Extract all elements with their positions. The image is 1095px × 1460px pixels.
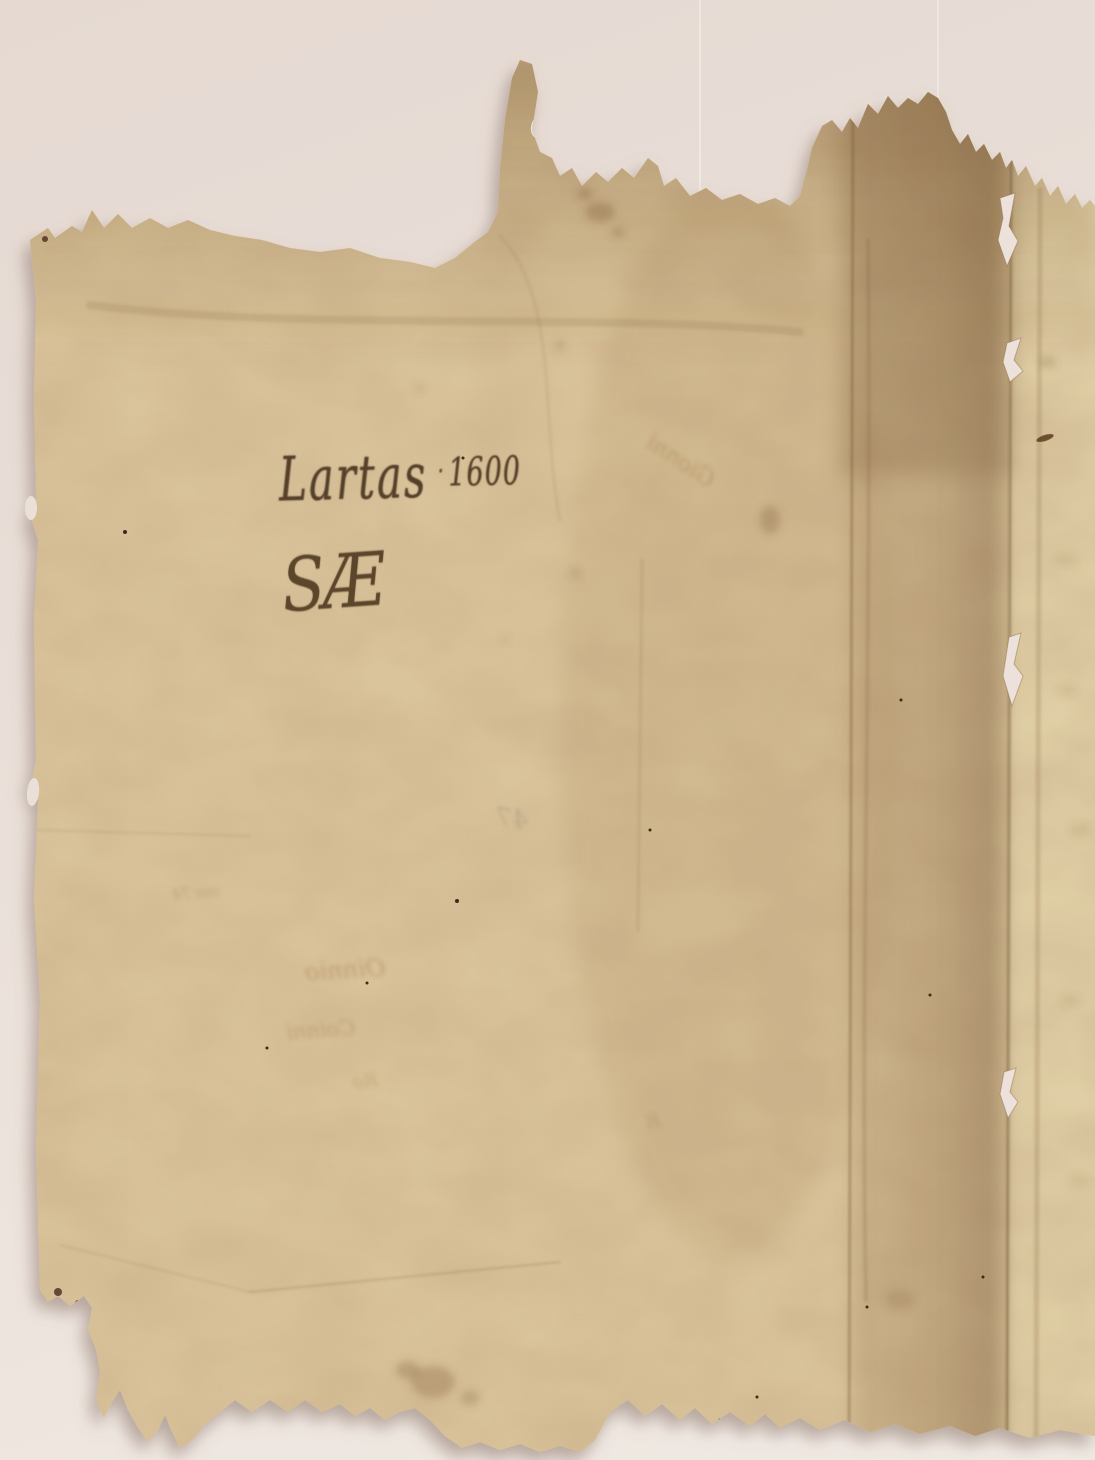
parchment-surface [0,0,1095,1460]
ghost-mark: Oinnio [304,954,386,986]
ghost-mark: Ro [351,1069,379,1094]
ghost-mark: 47 [495,802,530,834]
ghost-mark: mo 74 [171,882,219,903]
inscription: Lartas·1600 [278,438,522,515]
photo-backdrop: Lartas·1600 SÆ Gionni mo 74 Oinnio Coinn… [0,0,1095,1460]
inscription-word: Lartas [278,440,428,515]
ghost-mark: Coinni [285,1016,356,1045]
inscription-separator: · [437,454,445,490]
ghost-mark: R [645,1109,662,1133]
parchment-sheet [0,0,1095,1460]
monogram: SÆ [279,536,385,629]
inscription-year: 1600 [448,449,522,496]
